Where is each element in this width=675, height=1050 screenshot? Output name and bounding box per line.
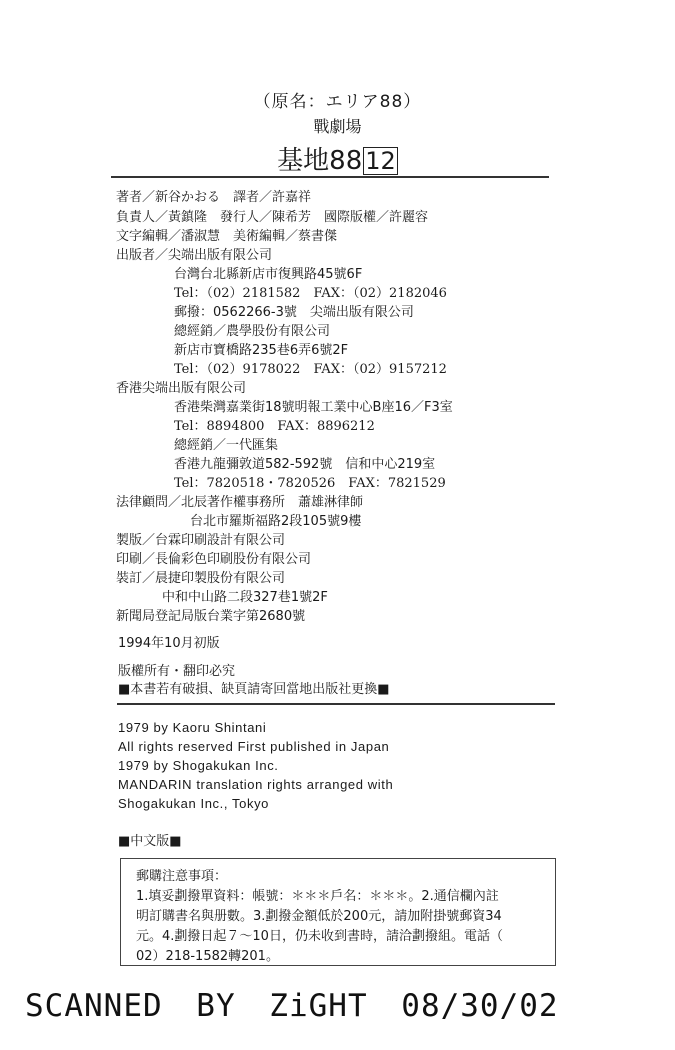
legal-address: 台北市羅斯福路2段105號9樓 [190,512,361,531]
scan-credit: SCANNED BY ZiGHT 08/30/02 [25,988,559,1024]
notice-line-3: 元。4.劃撥日起７～10日，仍未收到書時，請洽劃撥組。電話（ [136,927,543,947]
notice-line-2: 明訂購書名與册數。3.劃撥金額低於200元，請加附掛號郵資34 [136,907,543,927]
distributor-address: 新店市寶橋路235巷6弄6號2F [174,341,348,360]
registration-line: 新聞局登記局版台業字第2680號 [116,607,305,626]
copyright-line-1: 1979 by Kaoru Shintani [118,718,266,737]
title-text: 基地88 [277,146,362,176]
publisher-address: 台灣台北縣新店市復興路45號6F [174,265,362,284]
publisher-tel: Tel：（02）2181582 FAX：（02）2182046 [174,284,447,303]
copyright-line-4: MANDARIN translation rights arranged wit… [118,775,393,794]
header-divider [111,176,549,178]
notice-title: 郵購注意事項： [136,867,543,887]
binding-address: 中和中山路二段327巷1號2F [162,588,328,607]
hk-address: 香港柴灣嘉業街18號明報工業中心B座16／F3室 [174,398,453,417]
rights-reserved: 版權所有・翻印必究 [118,662,235,681]
chinese-edition-label: ■中文版■ [118,832,182,851]
hk-distributor-line: 總經銷／一代匯集 [174,436,278,455]
hk-distributor-address: 香港九龍彌敦道582-592號 信和中心219室 [174,455,435,474]
replacement-notice: ■本書若有破損、缺頁請寄回當地出版社更換■ [118,680,390,699]
publisher-line: 出版者／尖端出版有限公司 [116,246,272,265]
copyright-line-3: 1979 by Shogakukan Inc. [118,756,279,775]
hk-publisher-line: 香港尖端出版有限公司 [116,379,246,398]
notice-line-4: 02）218-1582轉201。 [136,947,543,967]
distributor-tel: Tel：（02）9178022 FAX：（02）9157212 [174,360,447,379]
edition-divider [117,703,555,705]
mail-order-notice-box: 郵購注意事項： 1.填妥劃撥單資料：帳號：＊＊＊戶名：＊＊＊。2.通信欄內註 明… [120,858,556,966]
editors-line: 文字編輯／潘淑慧 美術編輯／蔡書傑 [116,227,337,246]
plate-line: 製版／台霖印刷設計有限公司 [116,531,285,550]
hk-distributor-tel: Tel：7820518・7820526 FAX：7821529 [174,474,446,493]
copyright-line-5: Shogakukan Inc., Tokyo [118,794,269,813]
legal-line: 法律顧問／北辰著作權事務所 蕭雄淋律師 [116,493,363,512]
subtitle: 戰劇場 [0,114,675,137]
hk-tel: Tel：8894800 FAX：8896212 [174,417,375,436]
printing-line: 印刷／長倫彩色印刷股份有限公司 [116,550,311,569]
original-title: （原名：エリア88） [0,87,675,112]
copyright-line-2: All rights reserved First published in J… [118,737,389,756]
volume-number-box: 12 [363,147,398,175]
publisher-postal: 郵撥：0562266-3號 尖端出版有限公司 [174,303,414,322]
edition-date: 1994年10月初版 [118,634,220,653]
responsible-line: 負責人／黃鎮隆 發行人／陳希芳 國際版權／許麗容 [116,208,428,227]
book-title: 基地8812 [0,140,675,177]
notice-line-1: 1.填妥劃撥單資料：帳號：＊＊＊戶名：＊＊＊。2.通信欄內註 [136,887,543,907]
author-translator-line: 著者／新谷かおる 譯者／許嘉祥 [116,188,311,207]
distributor-line: 總經銷／農學股份有限公司 [174,322,330,341]
binding-line: 裝訂／晨捷印製股份有限公司 [116,569,285,588]
